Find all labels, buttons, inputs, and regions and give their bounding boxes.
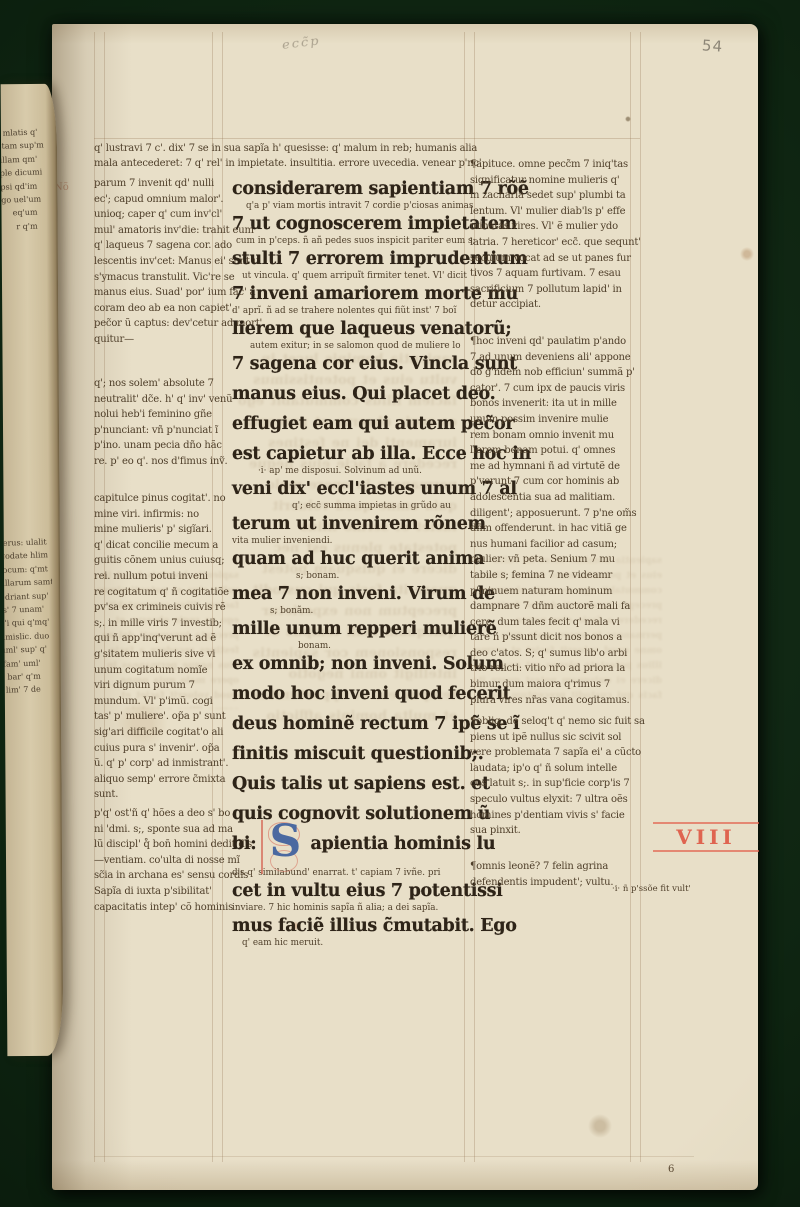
bible-text-line: deus hominẽ rectum 7 ipẽ se ĩ — [232, 709, 474, 739]
right-gloss-paragraph: ¶hoc inveni qd' paulatim p'ando7 ad unum… — [470, 334, 636, 708]
right-gloss-paragraph: ¶apituce. omne pecc̃m 7 iniq'tassignific… — [470, 157, 641, 313]
gloss-line: 7 ad unum deveniens ali' appone — [470, 350, 636, 366]
gloss-line: dampnare 7 dñm auctorẽ mali fa — [470, 599, 636, 615]
gloss-line: ni 'dmi. s;, sponte sua ad ma — [94, 822, 252, 838]
bible-text-fragment: bi: — [232, 829, 256, 859]
gloss-line: ũ. q' p' corp' ad inmistrant'. — [94, 756, 229, 772]
bible-text-column: considerarem sapientiam 7 rõẽq'a p' viam… — [232, 174, 474, 946]
gloss-line: vere problemata 7 sapĩa ei' a cũcto — [470, 745, 645, 761]
bible-text-line: lierem que laqueus venatorũ; — [232, 314, 474, 344]
gloss-line: q' dicat concilie mecum a — [94, 538, 229, 554]
gloss-line: mundum. Vl' p'imũ. cogi — [94, 694, 229, 710]
ruling-line-horizontal — [94, 1156, 694, 1157]
right-gloss-paragraph: ¶oblig; de seloq't q' nemo sic fuit sapi… — [470, 714, 645, 839]
facing-folio-edge: t mlatis q'ctam sup'mullam qm'iple dicum… — [1, 84, 64, 1056]
gloss-line: capacitatis intep' cõ hominis — [94, 900, 252, 916]
bible-text-line: mille unum repperi mulierẽ — [232, 614, 474, 644]
bible-text-line: ex omnib; non inveni. Solum — [232, 649, 474, 679]
gloss-line: piens ut ipẽ nullus sic scivit sol — [470, 730, 645, 746]
gloss-line: rei. nullum potui inveni — [94, 569, 229, 585]
bible-text-line: mus faciẽ illius c̃mutabit. Ego — [232, 911, 474, 941]
bible-text-line: veni dix' eccl'iastes unum 7 al — [232, 474, 474, 504]
gloss-line: plura vires nr̃as vana cogitamus. — [470, 693, 636, 709]
bible-text-line: Quis talis ut sapiens est. et — [232, 769, 474, 799]
gloss-line: homines p'dentiam vivis s' facie — [470, 808, 645, 824]
gloss-line: ¶omnis leonẽ? 7 felin agrina — [470, 859, 613, 875]
gloss-line: sua pinxit. — [470, 823, 645, 839]
gloss-line: guitis cõnem unius cuiusq; — [94, 553, 229, 569]
bible-text-line-with-initial: bi: S apientia hominis lu — [232, 829, 474, 871]
bottom-ink-mark: 6 — [668, 1164, 674, 1175]
gloss-line: cuius pura s' invenir'. op̃a — [94, 741, 229, 757]
gloss-line: g'sitatem mulieris sive vi — [94, 647, 229, 663]
bible-text-line: 7 sagena cor eius. Vincla sunt — [232, 349, 474, 379]
bible-text-line: finitis miscuit questionib;. — [232, 739, 474, 769]
manuscript-page: 54 ecc̃p Nõ 6 sapientia hominis lucet in… — [52, 24, 758, 1190]
pencil-inscription: ecc̃p — [281, 34, 321, 52]
pencil-folio-number: 54 — [701, 36, 723, 55]
gloss-line: unum cogitatum nomĩe — [94, 663, 229, 679]
gloss-line: mulier: vñ peta. Senium 7 mu — [470, 552, 636, 568]
gloss-line: cator'. 7 cum ipx de paucis viris — [470, 381, 636, 397]
gloss-line: Sapĩa di iuxta p'sibilitat' — [94, 884, 252, 900]
gloss-line: lierem bonam potui. q' omnes — [470, 443, 636, 459]
gloss-line: rem bonam omnio invenit mu — [470, 428, 636, 444]
initial-letter: S — [269, 818, 301, 866]
left-gloss-paragraph: capitulce pinus cogitat'. nomine viri. i… — [94, 491, 229, 803]
gloss-line: capitulce pinus cogitat'. no — [94, 491, 229, 507]
gloss-line: deo c'atos. S; q' sumus lib'o arbi — [470, 646, 636, 662]
gloss-line: viri dignum purum 7 — [94, 678, 229, 694]
gloss-line: do g'ndem nob efficiun' summã p' — [470, 365, 636, 381]
gloss-line: sacrificium 7 pollutum lapid' in — [470, 282, 641, 298]
gloss-line: s;. in mille viris 7 investib; — [94, 616, 229, 632]
gloss-line: detur accipiat. — [470, 297, 641, 313]
ruling-line-horizontal — [94, 138, 640, 139]
right-gloss-paragraph: ¶omnis leonẽ? 7 felin agrinadefendentis … — [470, 859, 613, 890]
gloss-line: seculum vocat ad se ut panes fur — [470, 251, 641, 267]
gloss-line: mala antecederet: 7 q' rel' in impietate… — [94, 156, 481, 171]
gloss-line: re cogitatum q' ñ cogitatiõe — [94, 585, 229, 601]
gloss-line: aliquo semp' errore c̃mixta — [94, 772, 229, 788]
gloss-line: bimur dum maiora q'rimus 7 — [470, 677, 636, 693]
gloss-line: tivos 7 aquam furtivam. 7 esau — [470, 266, 641, 282]
bible-text-lower: d's q' similabund' enarrat. t' capiam 7 … — [232, 869, 474, 948]
gloss-line: unum possim invenire mulie — [470, 412, 636, 428]
gloss-line: neutralit' dc̃e. h' q' inv' venũ — [94, 392, 232, 408]
gloss-line: tare ñ p'ssunt dicit nos bonos a — [470, 630, 636, 646]
gloss-line: ¶hoc inveni qd' paulatim p'ando — [470, 334, 636, 350]
gloss-line: q' lustravi 7 c'. dix' 7 se in sua sapĩa… — [94, 141, 481, 156]
gloss-line: mine viri. infirmis: no — [94, 507, 229, 523]
bible-text-upper: considerarem sapientiam 7 rõẽq'a p' viam… — [232, 174, 474, 829]
gloss-line: mine mulieris' p' sigĩari. — [94, 522, 229, 538]
gloss-line: defendentis impudent'; vultu. — [470, 875, 613, 891]
gloss-line: p'verunt 7 cum cor hominis ab — [470, 474, 636, 490]
gloss-line: laudata; ip'o q' ñ solum intelle — [470, 761, 645, 777]
right-margin-note: ·i· ñ p'ssõe fit vult' — [612, 884, 691, 894]
gloss-line: ¶apituce. omne pecc̃m 7 iniq'tas — [470, 157, 641, 173]
decorated-initial-s: S — [261, 825, 307, 871]
gloss-line: lentum. Vl' mulier diab'ls p' effe — [470, 204, 641, 220]
gloss-line: nus humani facilior ad casum; — [470, 537, 636, 553]
folio-fragment-line: lim' 7 de — [1, 683, 53, 697]
gloss-line: —ventiam. co'ulta di nosse mĩ — [94, 853, 252, 869]
top-gloss-block: q' lustravi 7 c'. dix' 7 se in sua sapĩa… — [94, 141, 481, 171]
gloss-line: sunt. — [94, 787, 229, 803]
left-gloss-paragraph: q'; nos solem' absolute 7neutralit' dc̃e… — [94, 376, 232, 470]
bible-text-line: quam ad huc querit anima — [232, 544, 474, 574]
bible-text-line: modo hoc inveni quod fecerit — [232, 679, 474, 709]
left-gloss-paragraph: p'q' ost'ñ q' hões a deo s' boni 'dmi. s… — [94, 806, 252, 915]
gloss-line: p'minuem naturam hominum — [470, 584, 636, 600]
folio-fragment-block: ferus: ulalitgodate hlimlocum: q'mtallar… — [1, 536, 53, 697]
bible-text-line: mea 7 non inveni. Virum de — [232, 579, 474, 609]
gloss-line: bonos invenerit: ita ut in mille — [470, 396, 636, 412]
gloss-line: in zacharia sedet sup' plumbi ta — [470, 188, 641, 204]
gloss-line: p'nunciant: vñ p'nunciat ĩ — [94, 423, 232, 439]
bible-text-line: considerarem sapientiam 7 rõẽ — [232, 174, 474, 204]
gloss-line: dñm offenderunt. in hac vitiã ge — [470, 521, 636, 537]
gloss-line: ¶oblig; de seloq't q' nemo sic fuit sa — [470, 714, 645, 730]
gloss-line: tabile s; femina 7 ne videamr — [470, 568, 636, 584]
bible-text-line: terum ut invenirem rõnem — [232, 509, 474, 539]
folio-fragment-line: r q'm — [1, 219, 50, 233]
gloss-line: sig'ari difficile cogitat'o ali — [94, 725, 229, 741]
bible-text-line: cet in vultu eius 7 potentissi — [232, 876, 474, 906]
gloss-line: p'ino. unam pecia dño hãc — [94, 438, 232, 454]
gloss-line: significatur nomine mulieris q' — [470, 173, 641, 189]
bible-text-line: stulti 7 errorem imprudentium — [232, 244, 474, 274]
gloss-line: latria. 7 hereticor' ecc̃. que sequnt' — [470, 235, 641, 251]
bible-text-fragment: apientia hominis lu — [310, 829, 495, 859]
gloss-line: p'q' ost'ñ q' hões a deo s' bo — [94, 806, 252, 822]
gloss-line: sc̃ia in archana es' sensu cordis — [94, 868, 252, 884]
red-chapter-numeral: VIII — [653, 822, 759, 852]
gloss-line: nolui heb'i feminino gñe — [94, 407, 232, 423]
gloss-line: cus latuit s;. in sup'ficie corp'is 7 — [470, 776, 645, 792]
gloss-line: adolescentia sua ad malitiam. — [470, 490, 636, 506]
bible-text-line: 7 inveni amariorem morte mu — [232, 279, 474, 309]
gloss-line: cere. dum tales fecit q' mala vi — [470, 615, 636, 631]
gloss-line: diligent'; apposuerunt. 7 p'ne om̃s — [470, 506, 636, 522]
gloss-line: me ad hymnani ñ ad virtutẽ de — [470, 459, 636, 475]
folio-fragment-line: iple dicumi — [1, 165, 50, 180]
gloss-line: q'; nos solem' absolute 7 — [94, 376, 232, 392]
gloss-line: speculo vultus elyxit: 7 ultra oẽs — [470, 792, 645, 808]
gloss-line: trio relicti: vitio nr̃o ad priora la — [470, 661, 636, 677]
gloss-line: pv'sa ex crimineis cuivis rẽ — [94, 600, 229, 616]
gloss-line: qui ñ app'inq'verunt ad ẽ — [94, 631, 229, 647]
gloss-line: lũ discipl' q̊ bon̄ homini dedit d's — [94, 837, 252, 853]
gloss-line: minatas vires. Vl' ẽ mulier ydo — [470, 219, 641, 235]
bible-text-line: manus eius. Qui placet deo. — [232, 379, 474, 409]
folio-fragment-line: uml' sup' q' — [1, 642, 53, 657]
gloss-line: re. p' eo q'. nos d'fimus inṽ. — [94, 454, 232, 470]
bible-text-line: effugiet eam qui autem pec̃or — [232, 409, 474, 439]
folio-fragment-block: t mlatis q'ctam sup'mullam qm'iple dicum… — [1, 126, 50, 234]
photo-background: 54 ecc̃p Nõ 6 sapientia hominis lucet in… — [0, 0, 800, 1207]
gloss-line: tas' p' muliere'. op̃a p' sunt — [94, 709, 229, 725]
bible-text-line: est capietur ab illa. Ecce hoc in — [232, 439, 474, 469]
bible-text-line: 7 ut cognoscerem impietatem — [232, 209, 474, 239]
folio-fragment-line: allarum samt — [1, 575, 53, 590]
